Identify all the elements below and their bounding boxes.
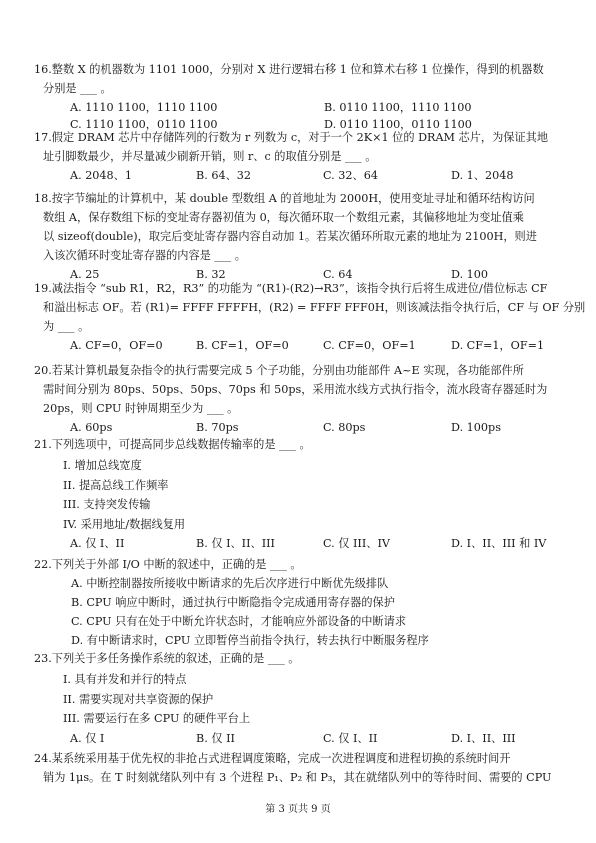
- statement-item: I. 增加总线宽度: [34, 456, 554, 476]
- option-b: B. CPU 响应中断时，通过执行中断隐指令完成通用寄存器的保护: [34, 593, 554, 612]
- question-text: 下列关于多任务操作系统的叙述，正确的是 ___ 。: [52, 652, 300, 665]
- question-text: 某系统采用基于优先权的非抢占式进程调度策略，完成一次进程调度和进程切换的系统时间…: [52, 752, 511, 765]
- question-text: 整数 X 的机器数为 1101 1000，分别对 X 进行逻辑右移 1 位和算术…: [52, 63, 544, 76]
- question-text: 假定 DRAM 芯片中存储阵列的行数为 r 列数为 c，对于一个 2K×1 位的…: [52, 131, 548, 144]
- question-number: 22.: [34, 558, 52, 571]
- question-22: 22.下列关于外部 I/O 中断的叙述中，正确的是 ___ 。 A. 中断控制器…: [34, 555, 554, 650]
- option-b: B. 仅 I、II、III: [196, 534, 275, 553]
- options-row: A. 仅 I B. 仅 II C. 仅 I、II D. I、II、III: [34, 729, 554, 748]
- question-17: 17.假定 DRAM 芯片中存储阵列的行数为 r 列数为 c，对于一个 2K×1…: [34, 128, 554, 185]
- option-b: B. 仅 II: [196, 729, 235, 748]
- question-24: 24.某系统采用基于优先权的非抢占式进程调度策略，完成一次进程调度和进程切换的系…: [34, 749, 554, 787]
- statement-item: III. 支持突发传输: [34, 495, 554, 515]
- question-number: 16.: [34, 63, 52, 76]
- option-b: B. CF=1，OF=0: [196, 336, 289, 355]
- option-c: C. 仅 I、II: [323, 729, 377, 748]
- option-c: C. CF=0，OF=1: [323, 336, 416, 355]
- option-a: A. CF=0，OF=0: [70, 336, 163, 355]
- question-21: 21.下列选项中，可提高同步总线数据传输率的是 ___ 。 I. 增加总线宽度 …: [34, 435, 554, 553]
- option-a: A. 中断控制器按所接收中断请求的先后次序进行中断优先级排队: [34, 574, 554, 593]
- question-20: 20.若某计算机最复杂指令的执行需要完成 5 个子功能，分别由功能部件 A~E …: [34, 361, 554, 437]
- question-text: 销为 1μs。在 T 时刻就绪队列中有 3 个进程 P₁、P₂ 和 P₃，其在就…: [34, 768, 554, 787]
- question-text: 和溢出标志 OF。若 (R1)= FFFF FFFFH，(R2) = FFFF …: [34, 298, 554, 317]
- question-text: 按字节编址的计算机中，某 double 型数组 A 的首地址为 2000H，使用…: [52, 192, 535, 205]
- question-text: 下列关于外部 I/O 中断的叙述中，正确的是 ___ 。: [52, 558, 302, 571]
- question-number: 21.: [34, 438, 52, 451]
- question-text: 以 sizeof(double)，取完后变址寄存器内容自动加 1。若某次循环所取…: [34, 227, 554, 246]
- question-text: 需时间分别为 80ps、50ps、50ps、70ps 和 50ps，采用流水线方…: [34, 380, 554, 399]
- question-text: 减法指令 “sub R1，R2，R3” 的功能为 “(R1)-(R2)→R3”，…: [52, 282, 548, 295]
- question-number: 23.: [34, 652, 52, 665]
- question-text: 分别是 ___ 。: [34, 79, 554, 98]
- question-text: 下列选项中，可提高同步总线数据传输率的是 ___ 。: [52, 438, 311, 451]
- question-number: 18.: [34, 192, 52, 205]
- options-row: A. 2048、1 B. 64、32 C. 32、64 D. 1、2048: [34, 166, 554, 185]
- question-18: 18.按字节编址的计算机中，某 double 型数组 A 的首地址为 2000H…: [34, 189, 554, 284]
- question-23: 23.下列关于多任务操作系统的叙述，正确的是 ___ 。 I. 具有并发和并行的…: [34, 649, 554, 748]
- option-c: C. CPU 只有在处于中断允许状态时，才能响应外部设备的中断请求: [34, 612, 554, 631]
- question-16: 16.整数 X 的机器数为 1101 1000，分别对 X 进行逻辑右移 1 位…: [34, 60, 554, 132]
- option-c: C. 仅 III、IV: [323, 534, 390, 553]
- options-row: A. CF=0，OF=0 B. CF=1，OF=0 C. CF=0，OF=1 D…: [34, 336, 554, 355]
- page-footer: 第 3 页共 9 页: [0, 800, 596, 815]
- question-number: 20.: [34, 364, 52, 377]
- option-d: D. I、II、III: [451, 729, 516, 748]
- statement-item: IV. 采用地址/数据线复用: [34, 515, 554, 535]
- question-19: 19.减法指令 “sub R1，R2，R3” 的功能为 “(R1)-(R2)→R…: [34, 279, 554, 355]
- option-b: B. 64、32: [196, 166, 251, 185]
- question-number: 17.: [34, 131, 52, 144]
- question-number: 19.: [34, 282, 52, 295]
- question-text: 20ps，则 CPU 时钟周期至少为 ___ 。: [34, 399, 554, 418]
- option-d: D. CF=1，OF=1: [451, 336, 544, 355]
- options-row: A. 仅 I、II B. 仅 I、II、III C. 仅 III、IV D. I…: [34, 534, 554, 553]
- statement-item: II. 提高总线工作频率: [34, 476, 554, 496]
- option-d: D. 1、2048: [451, 166, 513, 185]
- question-number: 24.: [34, 752, 52, 765]
- question-text: 数组 A，保存数组下标的变址寄存器初值为 0，每次循环取一个数组元素，其偏移地址…: [34, 208, 554, 227]
- exam-page: 16.整数 X 的机器数为 1101 1000，分别对 X 进行逻辑右移 1 位…: [0, 0, 596, 843]
- question-text: 为 ___ 。: [34, 317, 554, 336]
- option-a: A. 仅 I、II: [70, 534, 124, 553]
- statement-item: I. 具有并发和并行的特点: [34, 670, 554, 690]
- option-d: D. I、II、III 和 IV: [451, 534, 546, 553]
- statement-item: III. 需要运行在多 CPU 的硬件平台上: [34, 709, 554, 729]
- options-row: A. 1110 1100，1110 1100 B. 0110 1100，1110…: [34, 98, 554, 115]
- statement-item: II. 需要实现对共享资源的保护: [34, 690, 554, 710]
- question-text: 址引脚数最少，并尽量减少刷新开销，则 r、c 的取值分别是 ___ 。: [34, 147, 554, 166]
- option-c: C. 32、64: [323, 166, 378, 185]
- option-d: D. 有中断请求时，CPU 立即暂停当前指令执行，转去执行中断服务程序: [34, 631, 554, 650]
- option-a: A. 2048、1: [70, 166, 132, 185]
- question-text: 入该次循环时变址寄存器的内容是 ___ 。: [34, 246, 554, 265]
- question-text: 若某计算机最复杂指令的执行需要完成 5 个子功能，分别由功能部件 A~E 实现，…: [52, 364, 524, 377]
- option-a: A. 仅 I: [70, 729, 104, 748]
